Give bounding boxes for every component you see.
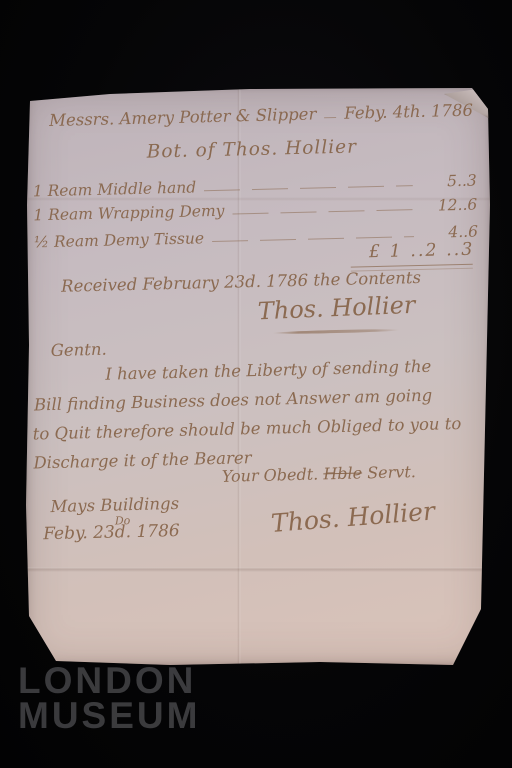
item-row: 1 Ream Middle hand 5..3 bbox=[33, 172, 477, 201]
bought-of-line: Bot. of Thos. Hollier bbox=[16, 133, 488, 166]
item-description: 1 Ream Middle hand bbox=[33, 178, 197, 200]
hand-drawn-rule bbox=[324, 117, 336, 118]
item-row: 1 Ream Wrapping Demy 12..6 bbox=[33, 196, 477, 225]
receipt-line: Received February 23d. 1786 the Contents bbox=[61, 268, 421, 296]
closing-struck-word: Hble bbox=[323, 463, 362, 483]
sender-address: Mays Buildings bbox=[50, 494, 179, 516]
item-amount: 12..6 bbox=[421, 196, 477, 215]
letter-body-line: I have taken the Liberty of sending the bbox=[105, 357, 431, 384]
handwritten-content: Messrs. Amery Potter & Slipper Feby. 4th… bbox=[14, 79, 500, 675]
signature: Thos. Hollier bbox=[257, 291, 416, 326]
letter-date: Feby. 23d. 1786 bbox=[43, 521, 180, 544]
signature-flourish bbox=[272, 328, 400, 334]
museum-watermark: LONDON MUSEUM bbox=[18, 663, 200, 733]
photograph-background: Messrs. Amery Potter & Slipper Feby. 4th… bbox=[0, 0, 512, 768]
salutation: Gentn. bbox=[50, 340, 107, 360]
addressee-line: Messrs. Amery Potter & Slipper Feby. 4th… bbox=[49, 101, 473, 130]
letter-body-line: Discharge it of the Bearer bbox=[33, 448, 252, 472]
closing-suffix: Servt. bbox=[367, 462, 416, 482]
total-amount: £ 1 ..2 ..3 bbox=[369, 240, 475, 263]
hand-drawn-rule bbox=[232, 209, 413, 214]
watermark-line: MUSEUM bbox=[18, 698, 200, 733]
closing-prefix: Your Obedt. bbox=[222, 465, 319, 486]
item-amount: 5..3 bbox=[420, 172, 476, 191]
signature: Thos. Hollier bbox=[270, 496, 436, 538]
item-description: 1 Ream Wrapping Demy bbox=[33, 202, 224, 225]
letter-body-line: to Quit therefore should be much Obliged… bbox=[33, 414, 462, 443]
bill-date: Feby. 4th. 1786 bbox=[344, 101, 473, 123]
item-description: ½ Ream Demy Tissue bbox=[34, 229, 204, 251]
letter-body-line: Bill finding Business does not Answer am… bbox=[34, 386, 433, 415]
hand-drawn-rule bbox=[204, 185, 413, 191]
watermark-line: LONDON bbox=[18, 663, 200, 698]
addressee: Messrs. Amery Potter & Slipper bbox=[49, 104, 317, 130]
closing-line: Your Obedt. Hble Servt. bbox=[222, 462, 416, 486]
